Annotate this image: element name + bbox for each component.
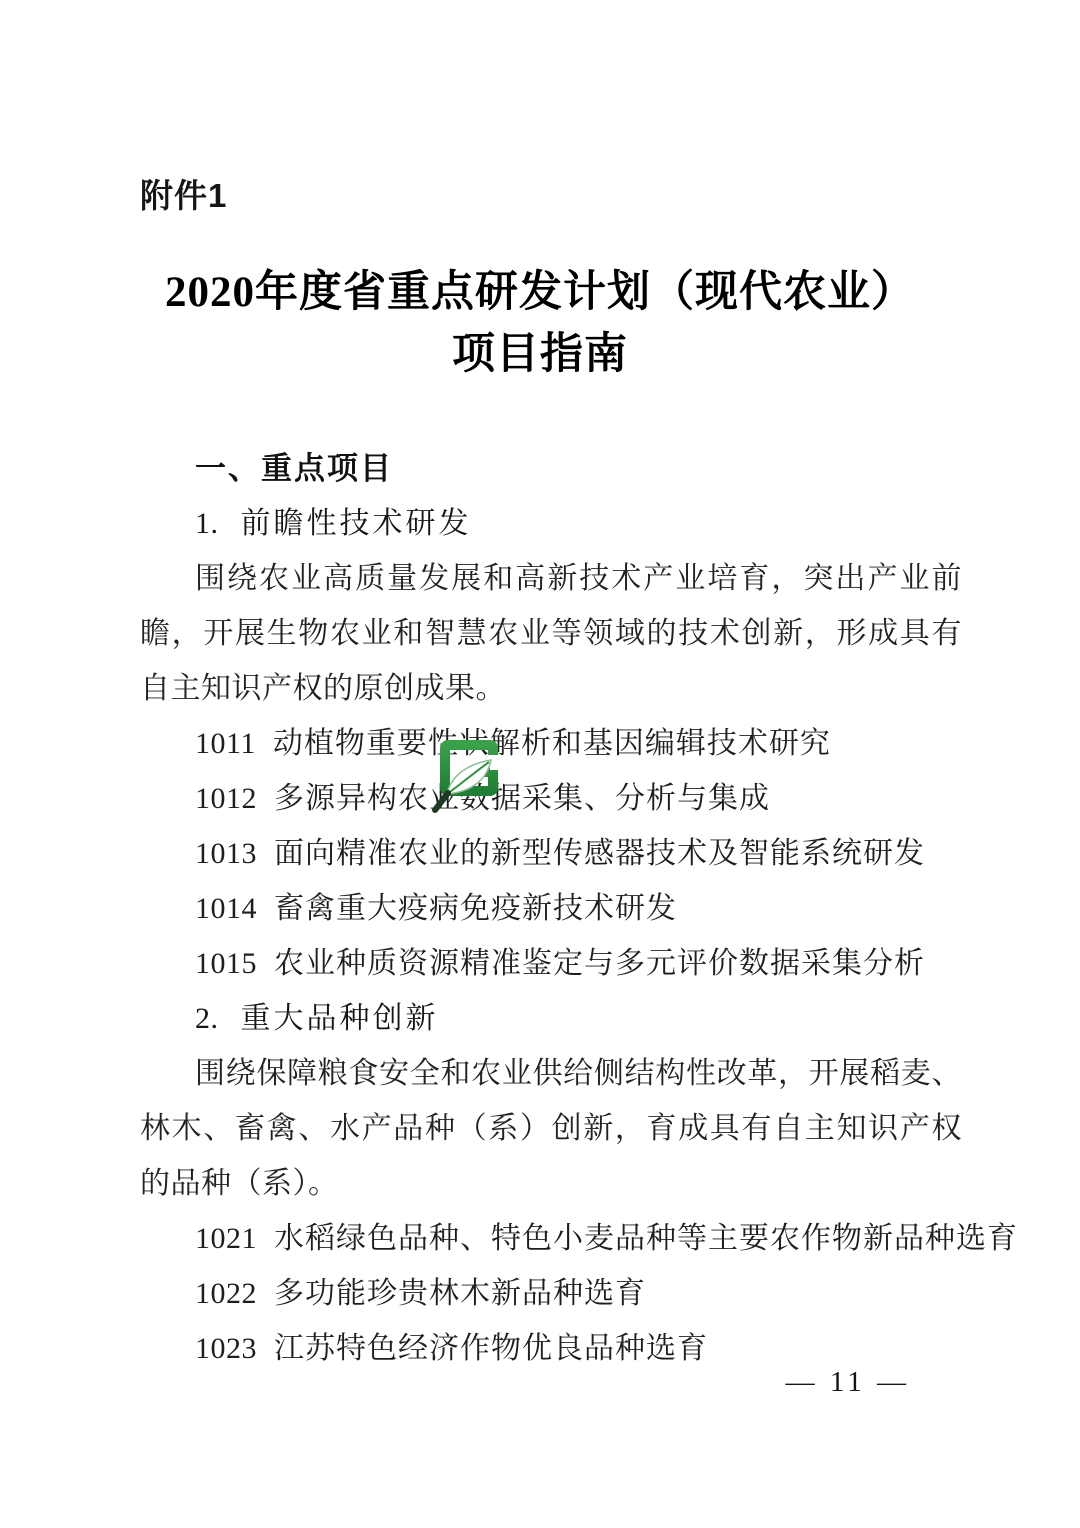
project-title: 面向精准农业的新型传感器技术及智能系统研发 bbox=[274, 837, 925, 870]
document-body: 一、重点项目 1.前瞻性技术研发 围绕农业高质量发展和高新技术产业培育，突出产业… bbox=[140, 441, 962, 1376]
project-code: 1011 bbox=[195, 727, 256, 760]
document-title: 2020年度省重点研发计划（现代农业） 项目指南 bbox=[0, 262, 1080, 386]
project-code: 1022 bbox=[195, 1277, 257, 1310]
project-title: 农业种质资源精准鉴定与多元评价数据采集分析 bbox=[274, 947, 925, 980]
project-item: 1021水稻绿色品种、特色小麦品种等主要农作物新品种选育 bbox=[140, 1211, 962, 1266]
project-code: 1012 bbox=[195, 782, 257, 815]
subsection-number: 2. bbox=[195, 1002, 219, 1035]
leaf-icon bbox=[431, 734, 507, 816]
project-title: 多源异构农业数据采集、分析与集成 bbox=[274, 782, 770, 815]
subsection-heading-1: 1.前瞻性技术研发 bbox=[140, 496, 962, 551]
body-paragraph-1: 围绕农业高质量发展和高新技术产业培育，突出产业前瞻，开展生物农业和智慧农业等领域… bbox=[140, 551, 962, 716]
project-title: 水稻绿色品种、特色小麦品种等主要农作物新品种选育 bbox=[274, 1222, 1018, 1255]
project-item: 1015农业种质资源精准鉴定与多元评价数据采集分析 bbox=[140, 936, 962, 991]
document-title-line1: 2020年度省重点研发计划（现代农业） bbox=[0, 262, 1080, 324]
project-title: 畜禽重大疫病免疫新技术研发 bbox=[274, 892, 677, 925]
attachment-label: 附件1 bbox=[140, 170, 227, 217]
subsection-title: 前瞻性技术研发 bbox=[241, 507, 472, 540]
document-page: 附件1 2020年度省重点研发计划（现代农业） 项目指南 一、重点项目 1.前瞻… bbox=[0, 0, 1080, 1528]
body-paragraph-2: 围绕保障粮食安全和农业供给侧结构性改革，开展稻麦、林木、畜禽、水产品种（系）创新… bbox=[140, 1046, 962, 1211]
project-title: 多功能珍贵林木新品种选育 bbox=[274, 1277, 646, 1310]
document-title-line2: 项目指南 bbox=[0, 324, 1080, 386]
section-heading: 一、重点项目 bbox=[140, 441, 962, 496]
subsection-title: 重大品种创新 bbox=[241, 1002, 439, 1035]
project-item: 1014畜禽重大疫病免疫新技术研发 bbox=[140, 881, 962, 936]
green-leaf-logo bbox=[431, 734, 507, 816]
project-item: 1011动植物重要性状解析和基因编辑技术研究 bbox=[140, 716, 962, 771]
project-item: 1012多源异构农业数据采集、分析与集成 bbox=[140, 771, 962, 826]
project-item: 1022多功能珍贵林木新品种选育 bbox=[140, 1266, 962, 1321]
page-number: — 11 — bbox=[786, 1366, 910, 1399]
project-title: 动植物重要性状解析和基因编辑技术研究 bbox=[273, 727, 831, 760]
project-code: 1014 bbox=[195, 892, 257, 925]
project-item: 1013面向精准农业的新型传感器技术及智能系统研发 bbox=[140, 826, 962, 881]
project-code: 1015 bbox=[195, 947, 257, 980]
subsection-number: 1. bbox=[195, 507, 219, 540]
project-code: 1013 bbox=[195, 837, 257, 870]
project-code: 1021 bbox=[195, 1222, 257, 1255]
subsection-heading-2: 2.重大品种创新 bbox=[140, 991, 962, 1046]
project-code: 1023 bbox=[195, 1332, 257, 1365]
project-title: 江苏特色经济作物优良品种选育 bbox=[274, 1332, 708, 1365]
